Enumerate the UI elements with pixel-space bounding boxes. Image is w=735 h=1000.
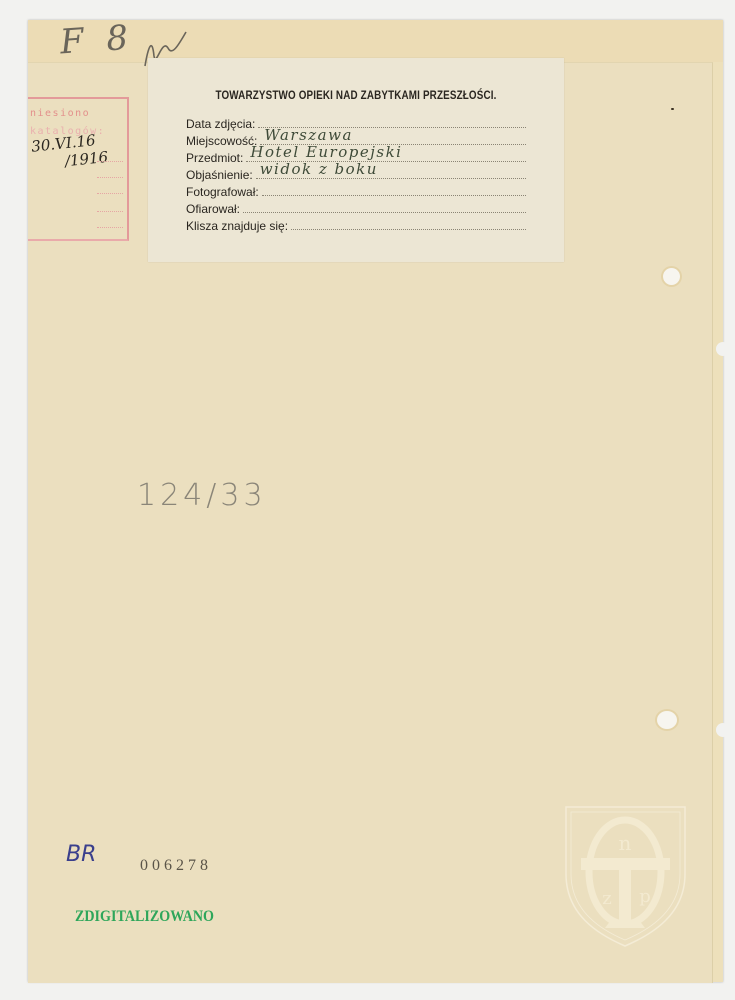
field-value: widok z boku — [260, 160, 378, 178]
field-label: Przedmiot: — [186, 151, 246, 165]
field-label: Data zdjęcia: — [186, 117, 258, 131]
stamp-text-line1: niesiono — [30, 108, 90, 119]
field-label: Klisza znajduje się: — [186, 219, 291, 233]
digitized-stamp: ZDIGITALIZOWANO — [75, 908, 214, 926]
punch-hole-upper — [663, 268, 680, 285]
svg-text:z: z — [602, 888, 611, 909]
stamp-dotted-line — [97, 211, 123, 212]
br-mark: BR — [66, 842, 96, 867]
field-photographer: Fotografował: — [186, 182, 526, 199]
label-title: TOWARZYSTWO OPIEKI NAD ZABYTKAMI PRZESZŁ… — [185, 88, 526, 102]
field-dotted-line — [291, 228, 526, 230]
field-dotted-line: widok z boku — [256, 177, 526, 179]
svg-text:n: n — [619, 831, 632, 855]
punch-notch-lower — [716, 723, 730, 737]
stamp-dotted-line — [97, 161, 123, 162]
punch-hole-lower — [657, 711, 677, 729]
field-dotted-line — [243, 211, 526, 213]
ink-speck — [671, 108, 674, 110]
field-value: Hotel Europejski — [250, 143, 402, 161]
field-explanation: Objaśnienie: widok z boku — [186, 165, 526, 182]
catalog-stamp: niesiono katalogów: 30.VI.16 /1916 — [28, 97, 129, 241]
field-donor: Ofiarował: — [186, 199, 526, 216]
stamp-dotted-line — [97, 193, 123, 194]
inventory-number: 006278 — [140, 857, 212, 875]
field-dotted-line — [262, 194, 526, 196]
handwritten-reference: 124/33 — [137, 478, 267, 513]
svg-text:p: p — [639, 886, 651, 907]
field-value: Warszawa — [264, 126, 353, 144]
field-label: Ofiarował: — [186, 202, 243, 216]
field-plate-location: Klisza znajduje się: — [186, 216, 526, 233]
field-date: Data zdjęcia: — [186, 114, 526, 131]
society-label: TOWARZYSTWO OPIEKI NAD ZABYTKAMI PRZESZŁ… — [148, 58, 564, 262]
punch-notch-upper — [716, 342, 730, 356]
field-label: Fotografował: — [186, 185, 262, 199]
stamp-dotted-line — [97, 177, 123, 178]
stamp-dotted-line — [97, 227, 123, 228]
tonzp-watermark-icon: n z p — [563, 804, 688, 949]
field-label: Objaśnienie: — [186, 168, 256, 182]
handwritten-code: F 8 — [59, 17, 136, 62]
